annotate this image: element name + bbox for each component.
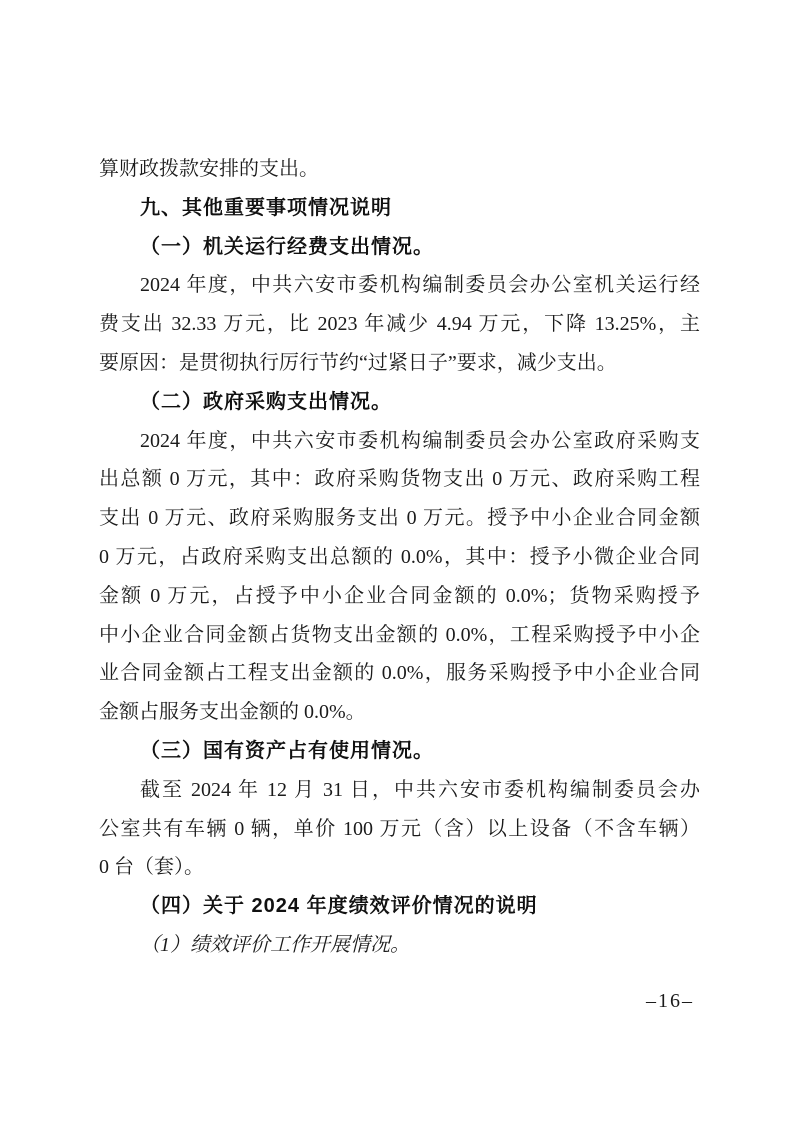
- text-line: 要原因：是贯彻执行厉行节约“过紧日子”要求，减少支出。: [99, 344, 700, 383]
- paragraph-continuation-line: 算财政拨款安排的支出。: [99, 150, 700, 189]
- text-line: 2024 年度，中共六安市委机构编制委员会办公室政府采购支: [99, 422, 700, 461]
- document-page: 算财政拨款安排的支出。 九、其他重要事项情况说明 （一）机关运行经费支出情况。 …: [0, 0, 793, 1122]
- text-line: 费支出 32.33 万元，比 2023 年减少 4.94 万元，下降 13.25…: [99, 305, 700, 344]
- text-line: 支出 0 万元、政府采购服务支出 0 万元。授予中小企业合同金额: [99, 499, 700, 538]
- paragraph-state-owned-assets: 截至 2024 年 12 月 31 日，中共六安市委机构编制委员会办 公室共有车…: [99, 771, 700, 887]
- text-line: 2024 年度，中共六安市委机构编制委员会办公室机关运行经: [99, 266, 700, 305]
- page-number: –16–: [646, 990, 694, 1013]
- text-line: 0 台（套）。: [99, 848, 700, 887]
- text-line: 出总额 0 万元，其中：政府采购货物支出 0 万元、政府采购工程: [99, 460, 700, 499]
- paragraph-government-procurement: 2024 年度，中共六安市委机构编制委员会办公室政府采购支 出总额 0 万元，其…: [99, 422, 700, 732]
- subsection-heading-1-agency-running-costs: （一）机关运行经费支出情况。: [99, 228, 700, 267]
- text-line: 截至 2024 年 12 月 31 日，中共六安市委机构编制委员会办: [99, 771, 700, 810]
- text-line: 中小企业合同金额占货物支出金额的 0.0%，工程采购授予中小企: [99, 616, 700, 655]
- section-heading-nine: 九、其他重要事项情况说明: [99, 189, 700, 228]
- text-line: 金额 0 万元，占授予中小企业合同金额的 0.0%；货物采购授予: [99, 577, 700, 616]
- subsection-heading-2-government-procurement: （二）政府采购支出情况。: [99, 383, 700, 422]
- paragraph-agency-running-costs: 2024 年度，中共六安市委机构编制委员会办公室机关运行经 费支出 32.33 …: [99, 266, 700, 382]
- subsection-heading-3-state-owned-assets: （三）国有资产占有使用情况。: [99, 732, 700, 771]
- text-line: 金额占服务支出金额的 0.0%。: [99, 693, 700, 732]
- text-line: 0 万元，占政府采购支出总额的 0.0%，其中：授予小微企业合同: [99, 538, 700, 577]
- subsection-heading-4-performance-evaluation: （四）关于 2024 年度绩效评价情况的说明: [99, 887, 700, 926]
- document-body: 算财政拨款安排的支出。 九、其他重要事项情况说明 （一）机关运行经费支出情况。 …: [99, 150, 700, 965]
- subitem-performance-evaluation-work: （1）绩效评价工作开展情况。: [99, 926, 700, 965]
- text-line: 业合同金额占工程支出金额的 0.0%，服务采购授予中小企业合同: [99, 654, 700, 693]
- text-line: 公室共有车辆 0 辆，单价 100 万元（含）以上设备（不含车辆）: [99, 810, 700, 849]
